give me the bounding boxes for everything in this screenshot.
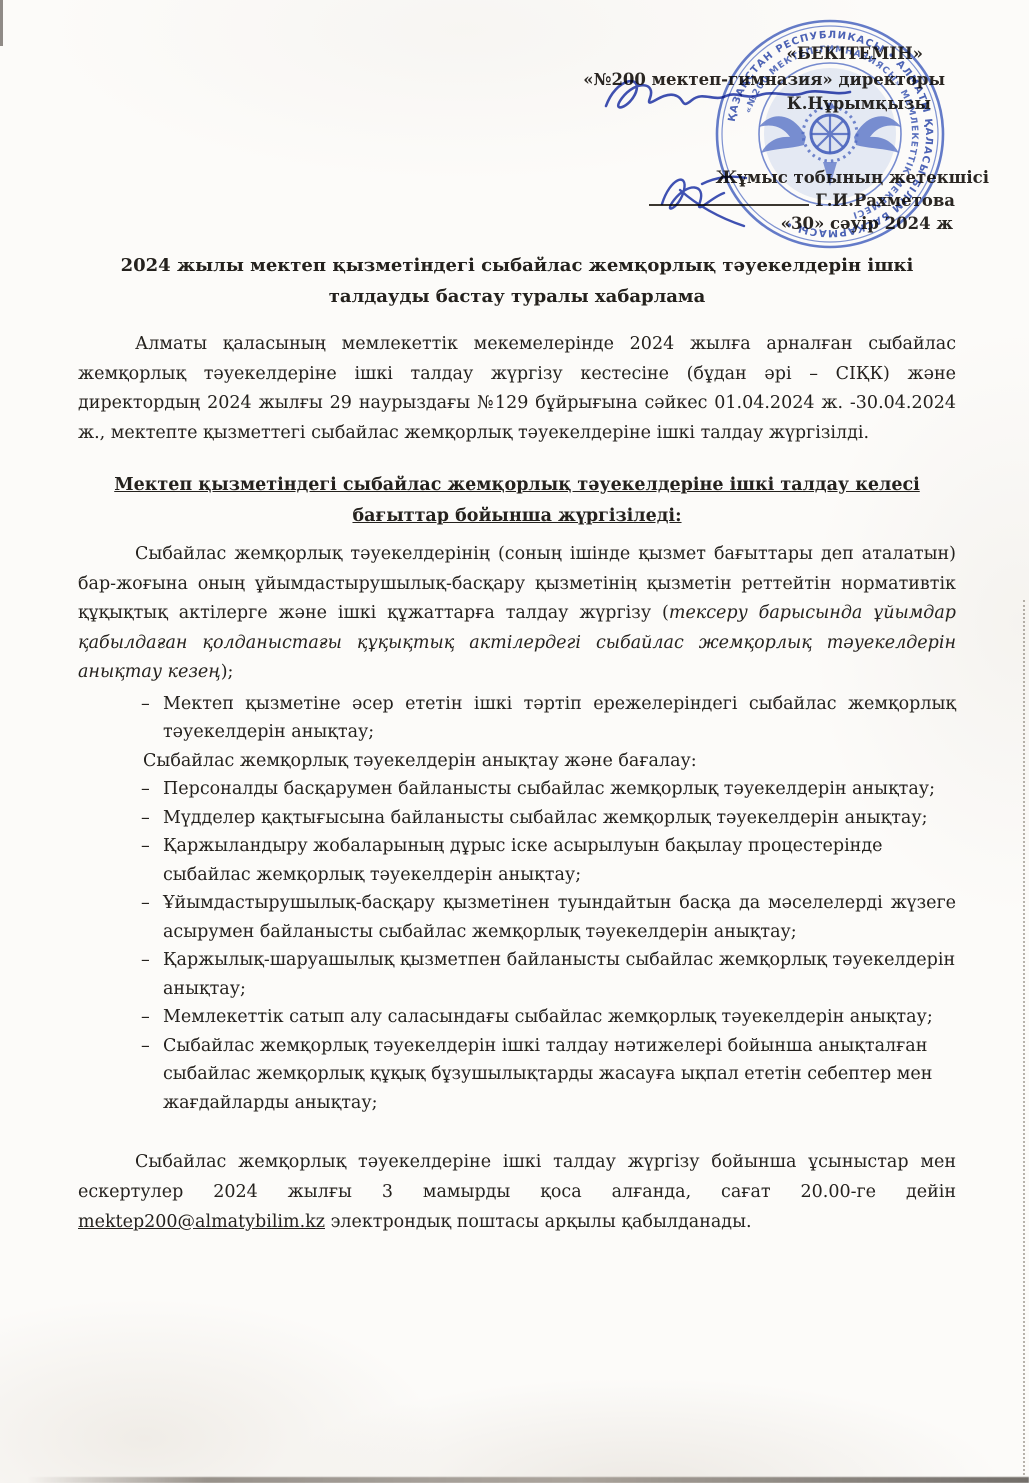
list-item-text: Мүдделер қақтығысына байланысты сыбайлас… (163, 808, 928, 828)
list-item-text: Қаржыландыру жобаларының дұрыс іске асыр… (163, 836, 882, 885)
list-item: –Мемлекеттік сатып алу саласындағы сыбай… (78, 1003, 956, 1032)
bullet-dash: – (141, 889, 150, 918)
list-item: –Сыбайлас жемқорлық тәуекелдерін ішкі та… (78, 1032, 956, 1118)
list-item: –Қаржылық-шаруашылық қызметпен байланыст… (78, 946, 956, 1003)
list-item-text: Мектеп қызметіне әсер ететін ішкі тәртіп… (163, 694, 956, 743)
list-item-text: Сыбайлас жемқорлық тәуекелдерін ішкі тал… (163, 1036, 932, 1113)
directions-close: ); (221, 662, 234, 682)
section-heading: Мектеп қызметіндегі сыбайлас жемқорлық т… (78, 470, 956, 532)
bullet-dash: – (141, 1032, 150, 1061)
list-item: –Мүдделер қақтығысына байланысты сыбайла… (78, 804, 956, 833)
bullet-dash: – (141, 946, 150, 975)
email-address: mektep200@almatybilim.kz (78, 1212, 325, 1232)
directions-paragraph: Сыбайлас жемқорлық тәуекелдерінің (соның… (78, 540, 956, 688)
list-item: –Ұйымдастырушылық-басқару қызметінен туы… (78, 889, 956, 946)
group-head-signature (648, 162, 848, 232)
list-item-text: Қаржылық-шаруашылық қызметпен байланысты… (163, 950, 955, 999)
bullet-dash: – (141, 690, 150, 719)
list-sub-heading: Сыбайлас жемқорлық тәуекелдерін анықтау … (78, 747, 956, 776)
scan-edge-artifact-right (1023, 600, 1025, 1475)
closing-paragraph: Сыбайлас жемқорлық тәуекелдеріне ішкі та… (78, 1147, 956, 1237)
list-item: –Қаржыландыру жобаларының дұрыс іске асы… (78, 832, 956, 889)
bullet-dash: – (141, 775, 150, 804)
closing-text-after-email: электрондық поштасы арқылы қабылданады. (325, 1212, 752, 1232)
list-item-text: Ұйымдастырушылық-басқару қызметінен туын… (163, 893, 956, 942)
document-body: 2024 жылы мектеп қызметіндегі сыбайлас ж… (78, 250, 956, 1237)
closing-text-before-email: Сыбайлас жемқорлық тәуекелдеріне ішкі та… (78, 1152, 956, 1202)
scan-edge-artifact-bottom (28, 1477, 1029, 1483)
intro-paragraph: Алматы қаласының мемлекеттік мекемелерін… (78, 330, 956, 448)
document-title: 2024 жылы мектеп қызметіндегі сыбайлас ж… (78, 250, 956, 312)
list-item: –Мектеп қызметіне әсер ететін ішкі тәрті… (78, 690, 956, 747)
list-item: –Персоналды басқарумен байланысты сыбайл… (78, 775, 956, 804)
list-item-text: Мемлекеттік сатып алу саласындағы сыбайл… (163, 1007, 933, 1027)
scan-edge-artifact-left (0, 0, 3, 46)
bullet-dash: – (141, 804, 150, 833)
bullet-dash: – (141, 832, 150, 861)
list-item-text: Персоналды басқарумен байланысты сыбайла… (163, 779, 935, 799)
bullet-dash: – (141, 1003, 150, 1032)
scanned-document-page: «БЕКІТЕМІН» «№200 мектеп-гимназия» дирек… (0, 0, 1029, 1483)
director-signature (598, 66, 858, 126)
directions-list: –Мектеп қызметіне әсер ететін ішкі тәрті… (78, 690, 956, 1118)
